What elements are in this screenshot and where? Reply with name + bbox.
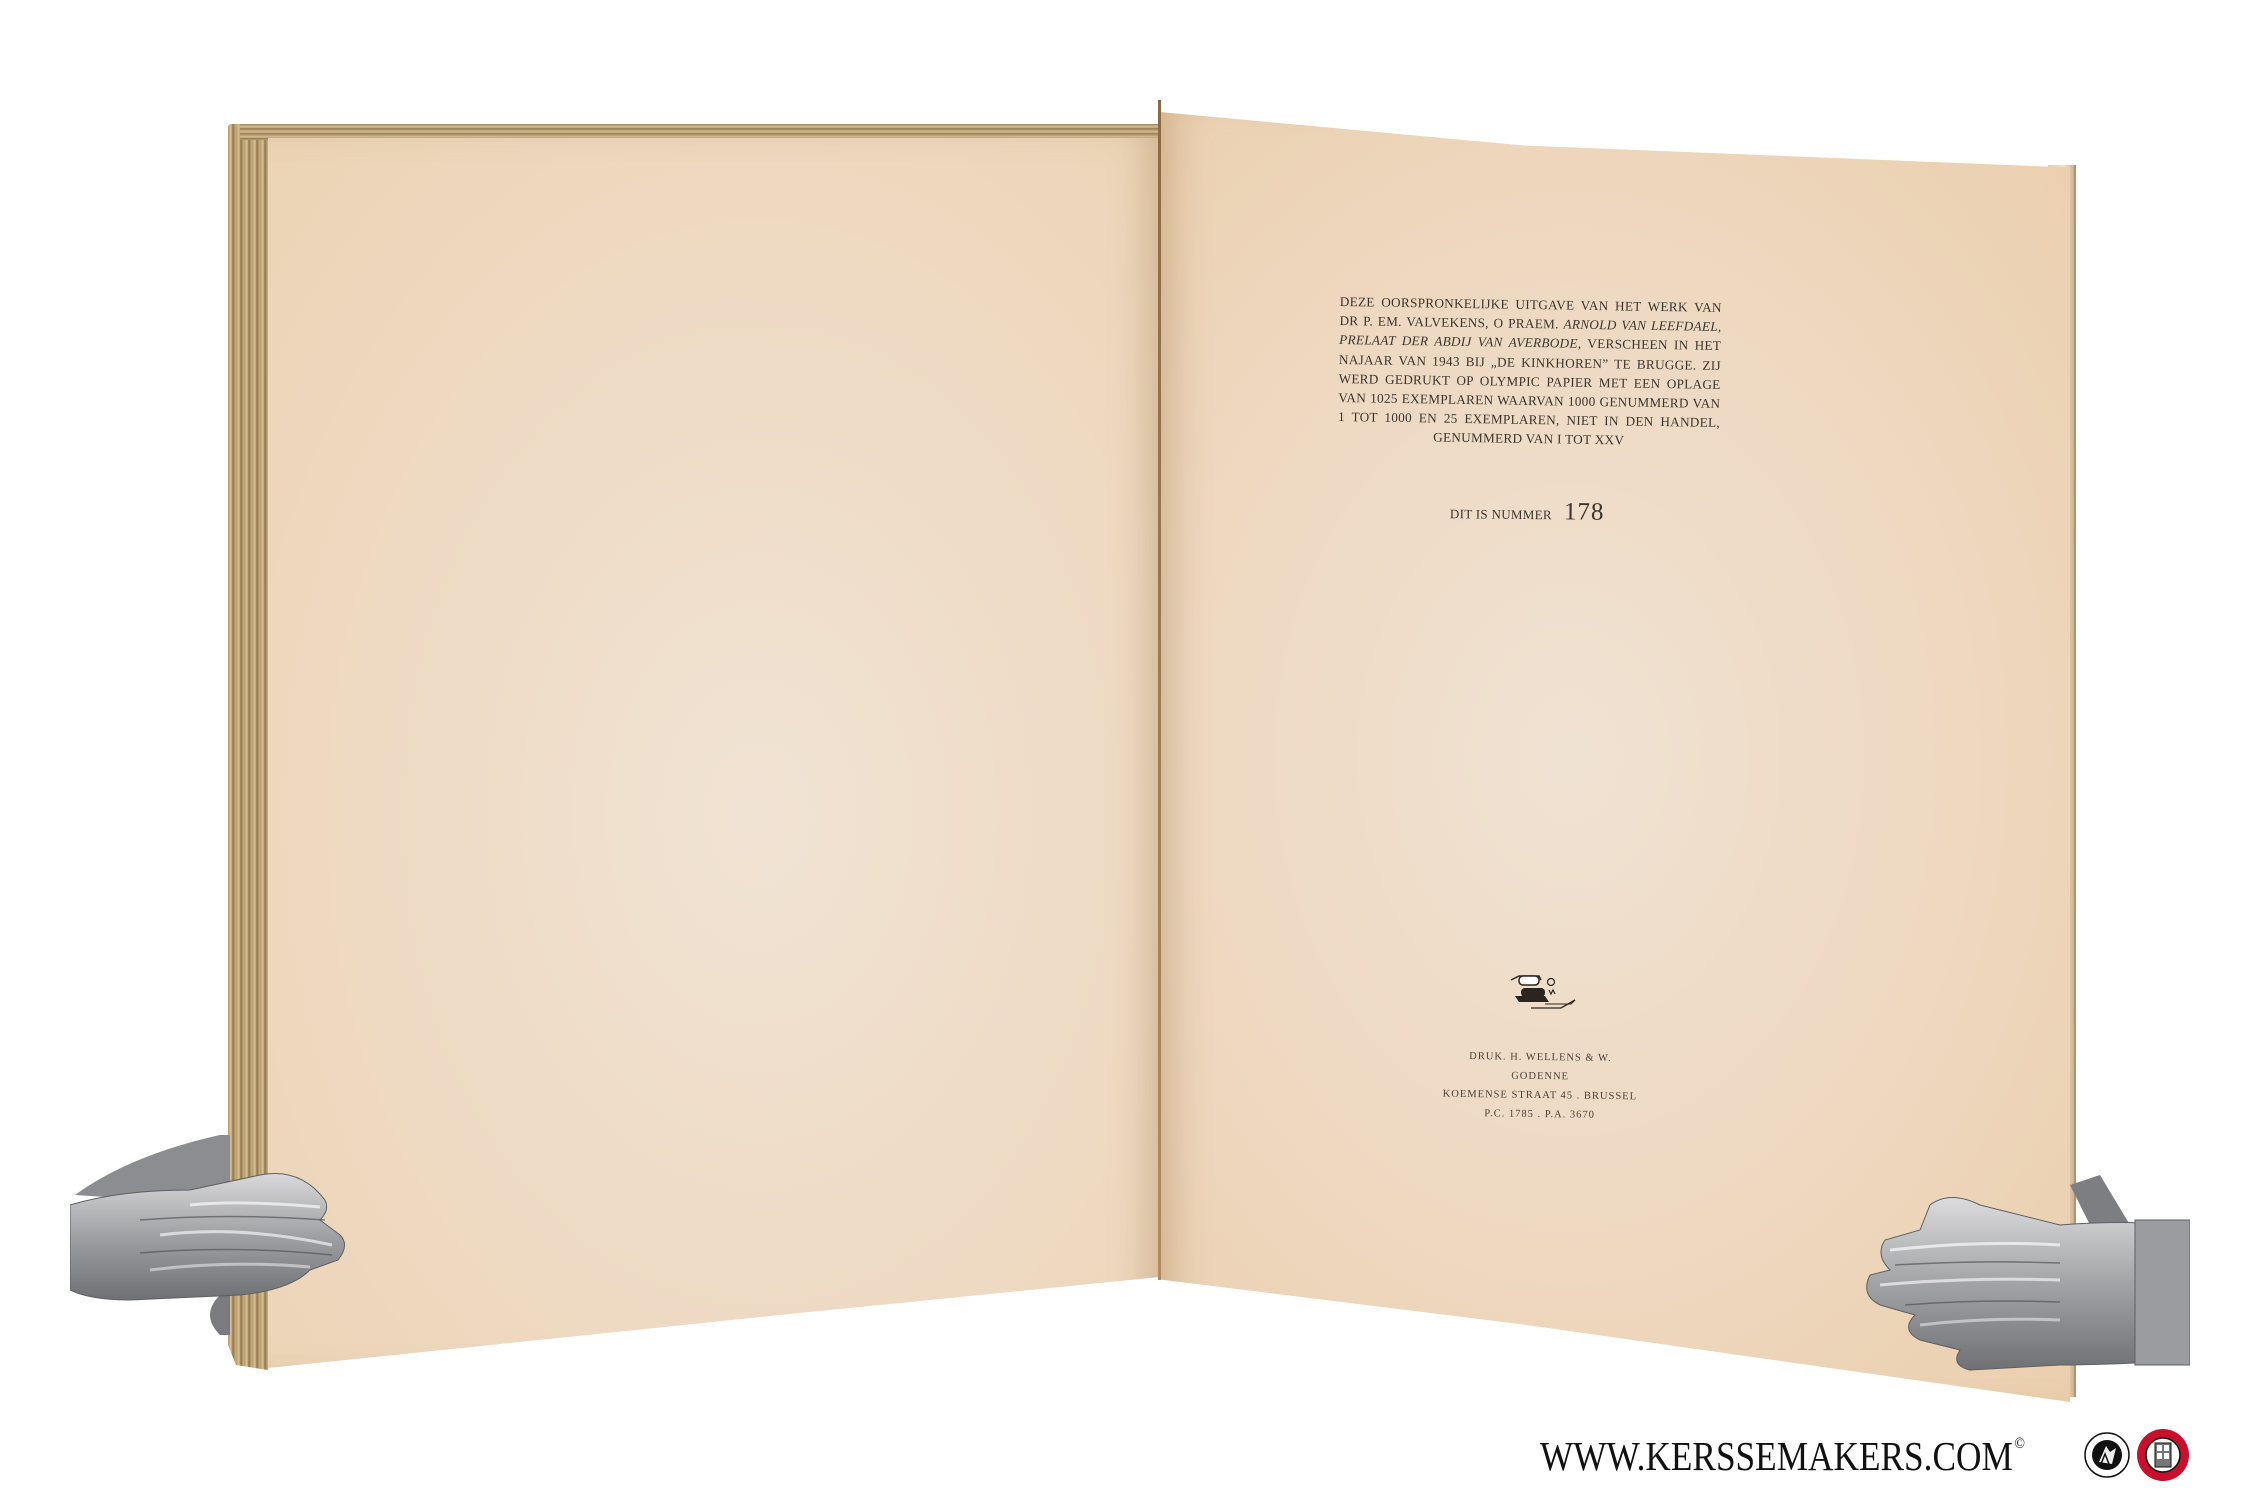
imprint-line-2: KOEMENSE STRAAT 45 . BRUSSEL xyxy=(1440,1085,1640,1107)
imprint-line-3: P.C. 1785 . P.A. 3670 xyxy=(1439,1104,1639,1126)
left-page xyxy=(268,138,1160,1368)
colophon-text: DEZE OORSPRONKELIJKE UITGAVE VAN HET WER… xyxy=(1338,292,1722,452)
colophon-line-2: DR P. EM. VALVEKENS, O PRAEM. xyxy=(1339,313,1558,331)
colophon-line-1: DEZE OORSPRONKELIJKE UITGAVE VAN HET WER… xyxy=(1340,294,1722,315)
watermark-url: WWW.KERSSEMAKERS.COM xyxy=(1540,1433,2013,1479)
printer-imprint: DRUK. H. WELLENS & W. GODENNE KOEMENSE S… xyxy=(1439,1047,1640,1126)
printing-press-mark-icon xyxy=(1505,970,1577,1014)
left-silver-hand-bookend-icon xyxy=(70,1095,370,1345)
copyright-symbol: © xyxy=(2015,1435,2025,1452)
ilab-logo-icon xyxy=(2136,1428,2190,1482)
colophon-title: ARNOLD VAN LEEFDAEL, xyxy=(1563,317,1721,334)
copy-number-label: DIT IS NUMMER xyxy=(1450,506,1552,522)
book-gutter xyxy=(1158,100,1161,1280)
left-page-top-edge xyxy=(240,124,1160,140)
copy-number-value: 178 xyxy=(1564,498,1605,525)
imprint-line-1: DRUK. H. WELLENS & W. GODENNE xyxy=(1440,1047,1641,1088)
right-silver-hand-bookend-icon xyxy=(1860,1165,2190,1375)
copy-number-line: DIT IS NUMMER 178 xyxy=(1450,497,1605,527)
nva-logo-icon xyxy=(2084,1432,2130,1478)
colophon-edition-details: VERSCHEEN IN HET NAJAAR VAN 1943 BIJ „DE… xyxy=(1338,336,1721,448)
watermark: WWW.KERSSEMAKERS.COM© xyxy=(1540,1432,2025,1480)
colophon-subtitle: PRELAAT DER ABDIJ VAN AVERBODE, xyxy=(1339,332,1581,351)
